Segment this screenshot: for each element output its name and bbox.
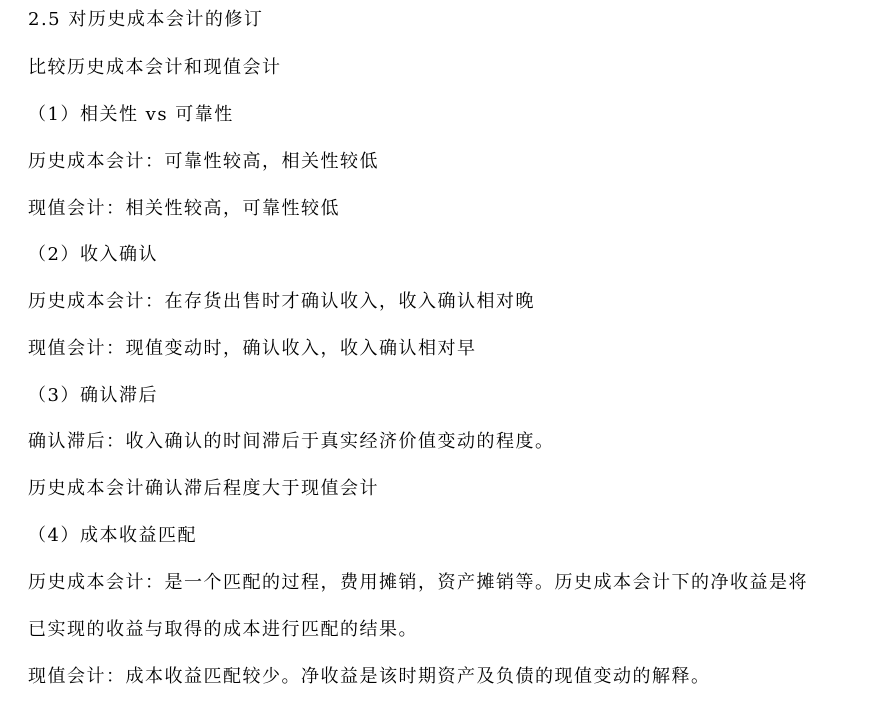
paragraph-hca-relevance: 历史成本会计：可靠性较高，相关性较低 xyxy=(28,151,379,173)
paragraph-lag-comparison: 历史成本会计确认滞后程度大于现值会计 xyxy=(28,478,379,500)
paragraph-pva-relevance: 现值会计：相关性较高，可靠性较低 xyxy=(28,198,340,220)
paragraph-hca-matching: 历史成本会计：是一个匹配的过程，费用摊销，资产摊销等。历史成本会计下的净收益是将 xyxy=(28,572,808,594)
paragraph-lag-definition: 确认滞后：收入确认的时间滞后于真实经济价值变动的程度。 xyxy=(28,431,555,453)
subheading-recognition-lag: （3）确认滞后 xyxy=(28,385,158,407)
paragraph-compare-title: 比较历史成本会计和现值会计 xyxy=(28,57,282,79)
subheading-relevance-reliability: （1）相关性 vs 可靠性 xyxy=(28,104,234,126)
paragraph-pva-matching: 现值会计：成本收益匹配较少。净收益是该时期资产及负债的现值变动的解释。 xyxy=(28,666,711,688)
section-heading: 2.5 对历史成本会计的修订 xyxy=(28,9,263,31)
subheading-revenue-recognition: （2）收入确认 xyxy=(28,244,158,266)
paragraph-pva-revenue: 现值会计：现值变动时，确认收入，收入确认相对早 xyxy=(28,338,477,360)
subheading-cost-revenue-matching: （4）成本收益匹配 xyxy=(28,525,197,547)
paragraph-hca-revenue: 历史成本会计：在存货出售时才确认收入，收入确认相对晚 xyxy=(28,291,535,313)
paragraph-hca-matching-cont: 已实现的收益与取得的成本进行匹配的结果。 xyxy=(28,619,418,641)
